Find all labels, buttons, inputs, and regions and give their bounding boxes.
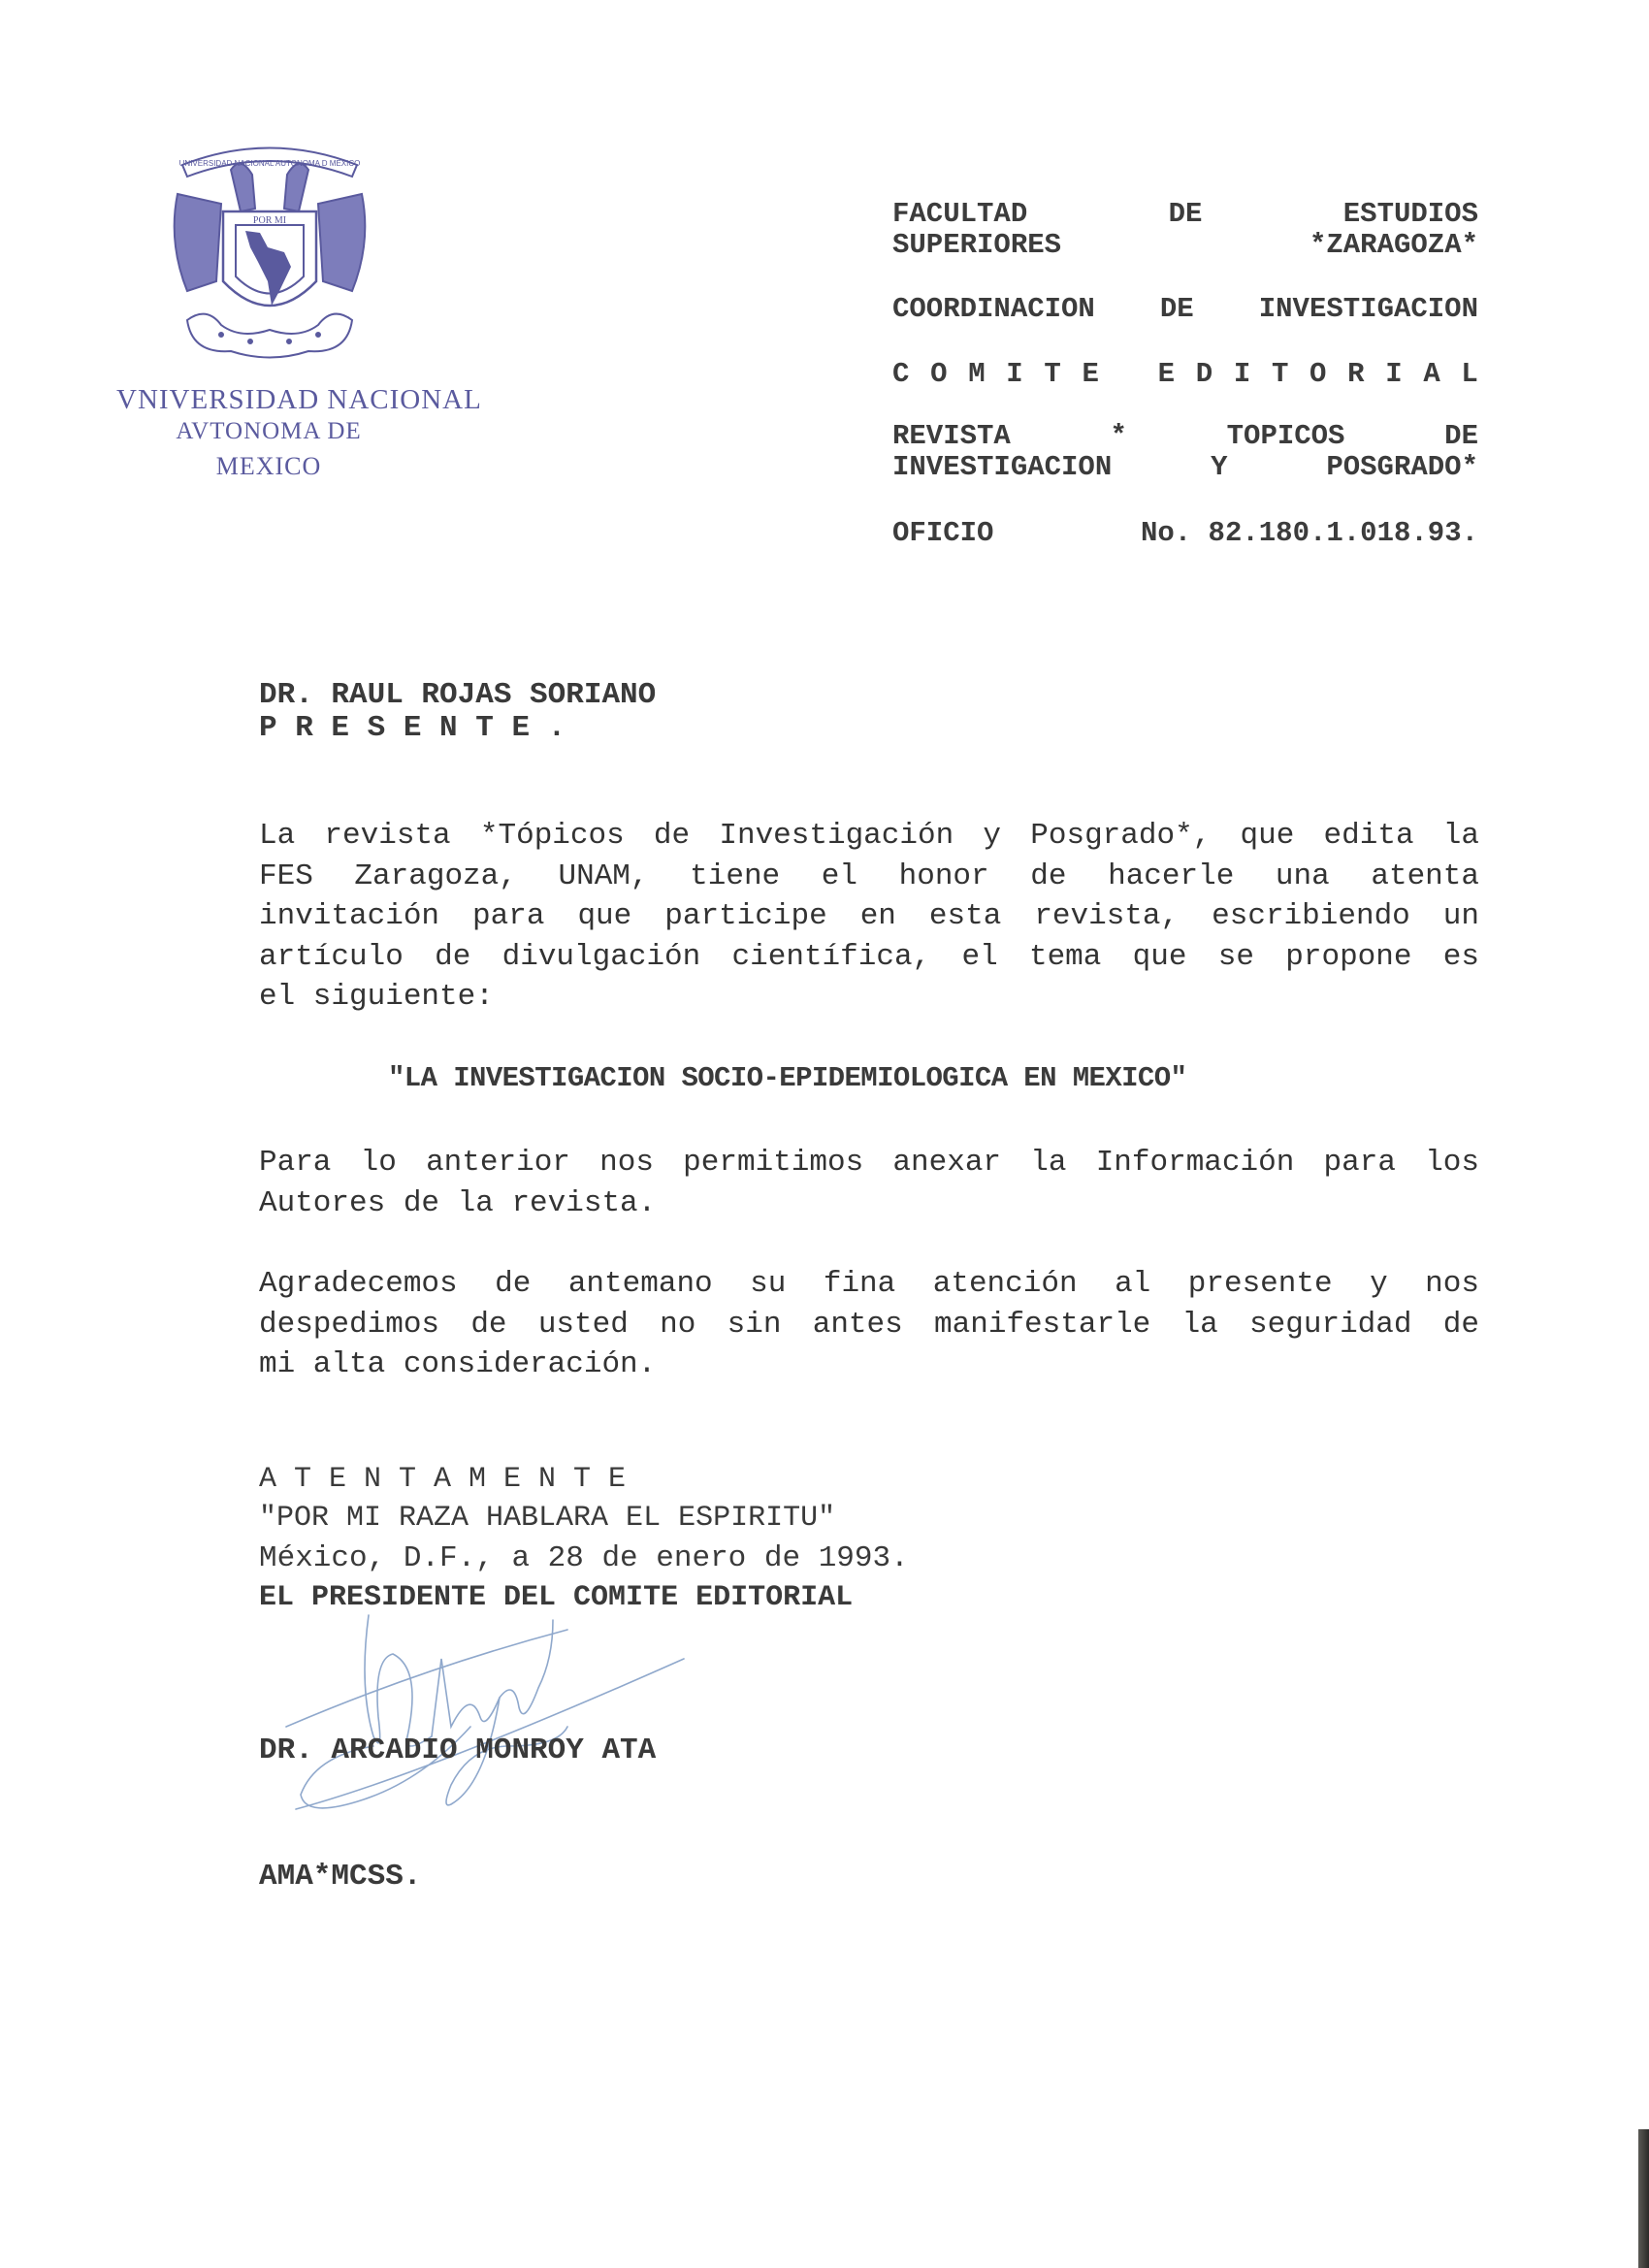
header-word: SUPERIORES (892, 230, 1061, 261)
header-letter: I (1006, 359, 1022, 390)
university-name-line-2: AVTONOMA DE (165, 418, 372, 445)
university-name-line-3: MEXICO (194, 452, 343, 481)
closing-motto: "POR MI RAZA HABLARA EL ESPIRITU" (259, 1501, 835, 1536)
closing-signer-title: EL PRESIDENTE DEL COMITE EDITORIAL (259, 1580, 853, 1615)
signer-name: DR. ARCADIO MONROY ATA (259, 1733, 656, 1768)
header-letter: O (930, 359, 947, 390)
svg-text:POR MI: POR MI (253, 215, 286, 226)
paragraph-line: La revista *Tópicos de Investigación y P… (259, 816, 1479, 857)
header-letter (1120, 359, 1137, 390)
header-letter: I (1385, 359, 1402, 390)
unam-seal-icon: UNIVERSIDAD NACIONAL AUTONOMA D MEXICO P… (163, 136, 376, 369)
header-letter: O (1309, 359, 1326, 390)
paragraph-line: invitación para que participe en esta re… (259, 896, 1479, 937)
header-oficio: OFICIO No. 82.180.1.018.93. (892, 518, 1478, 549)
header-word: INVESTIGACION (892, 452, 1112, 483)
header-letter: I (1234, 359, 1250, 390)
oficio-label: OFICIO (892, 518, 993, 549)
paragraph-line: mi alta consideración. (259, 1345, 1479, 1385)
paragraph-invitation: La revista *Tópicos de Investigación y P… (259, 816, 1479, 1018)
recipient-name: DR. RAUL ROJAS SORIANO (259, 679, 656, 712)
closing-atentamente: A T E N T A M E N T E (259, 1462, 626, 1497)
header-revista: REVISTA * TOPICOS DE INVESTIGACION Y POS… (892, 421, 1478, 483)
header-letter: L (1461, 359, 1477, 390)
header-faculty: FACULTAD DE ESTUDIOS SUPERIORES *ZARAGOZ… (892, 199, 1478, 261)
header-word: POSGRADO* (1326, 452, 1478, 483)
paragraph-line: el siguiente: (259, 977, 1479, 1018)
header-coordinacion: COORDINACION DE INVESTIGACION (892, 294, 1478, 325)
university-name-line-1: VNIVERSIDAD NACIONAL (116, 384, 421, 416)
header-letter: E (1082, 359, 1098, 390)
paragraph-line: despedimos de usted no sin antes manifes… (259, 1305, 1479, 1345)
header-letter: T (1044, 359, 1060, 390)
paragraph-line: artículo de divulgación científica, el t… (259, 937, 1479, 978)
header-word: TOPICOS (1227, 421, 1345, 452)
header-letter: A (1423, 359, 1439, 390)
recipient-presente: P R E S E N T E . (259, 712, 566, 745)
handwritten-signature-icon (276, 1601, 723, 1814)
paragraph-thanks: Agradecemos de antemano su fina atención… (259, 1264, 1479, 1385)
header-word: FACULTAD (892, 199, 1027, 230)
header-letter: T (1272, 359, 1288, 390)
oficio-number: No. 82.180.1.018.93. (1141, 518, 1478, 549)
header-word: COORDINACION (892, 294, 1095, 325)
header-word: ESTUDIOS (1343, 199, 1478, 230)
paragraph-line: Autores de la revista. (259, 1183, 1479, 1224)
header-letter: D (1196, 359, 1212, 390)
header-word: DE (1160, 294, 1194, 325)
header-letter: R (1347, 359, 1364, 390)
header-comite-editorial: COMITE EDITORIAL (892, 359, 1478, 390)
header-word: REVISTA (892, 421, 1011, 452)
header-word: * (1111, 421, 1127, 452)
closing-place-date: México, D.F., a 28 de enero de 1993. (259, 1541, 909, 1576)
header-word: *ZARAGOZA* (1309, 230, 1478, 261)
seal-ribbon-text: UNIVERSIDAD NACIONAL AUTONOMA D MEXICO (179, 159, 361, 168)
paragraph-line: Agradecemos de antemano su fina atención… (259, 1264, 1479, 1305)
typist-initials: AMA*MCSS. (259, 1860, 421, 1895)
header-word: DE (1169, 199, 1203, 230)
header-word: Y (1211, 452, 1227, 483)
header-word: INVESTIGACION (1259, 294, 1478, 325)
header-letter: M (968, 359, 985, 390)
header-word: DE (1444, 421, 1478, 452)
paragraph-annex: Para lo anterior nos permitimos anexar l… (259, 1143, 1479, 1223)
header-letter: C (892, 359, 909, 390)
topic-title: "LA INVESTIGACION SOCIO-EPIDEMIOLOGICA E… (388, 1061, 1186, 1096)
paragraph-line: Para lo anterior nos permitimos anexar l… (259, 1143, 1479, 1183)
scan-edge-artifact (1638, 2129, 1649, 2268)
paragraph-line: FES Zaragoza, UNAM, tiene el honor de ha… (259, 857, 1479, 897)
header-letter: E (1158, 359, 1175, 390)
